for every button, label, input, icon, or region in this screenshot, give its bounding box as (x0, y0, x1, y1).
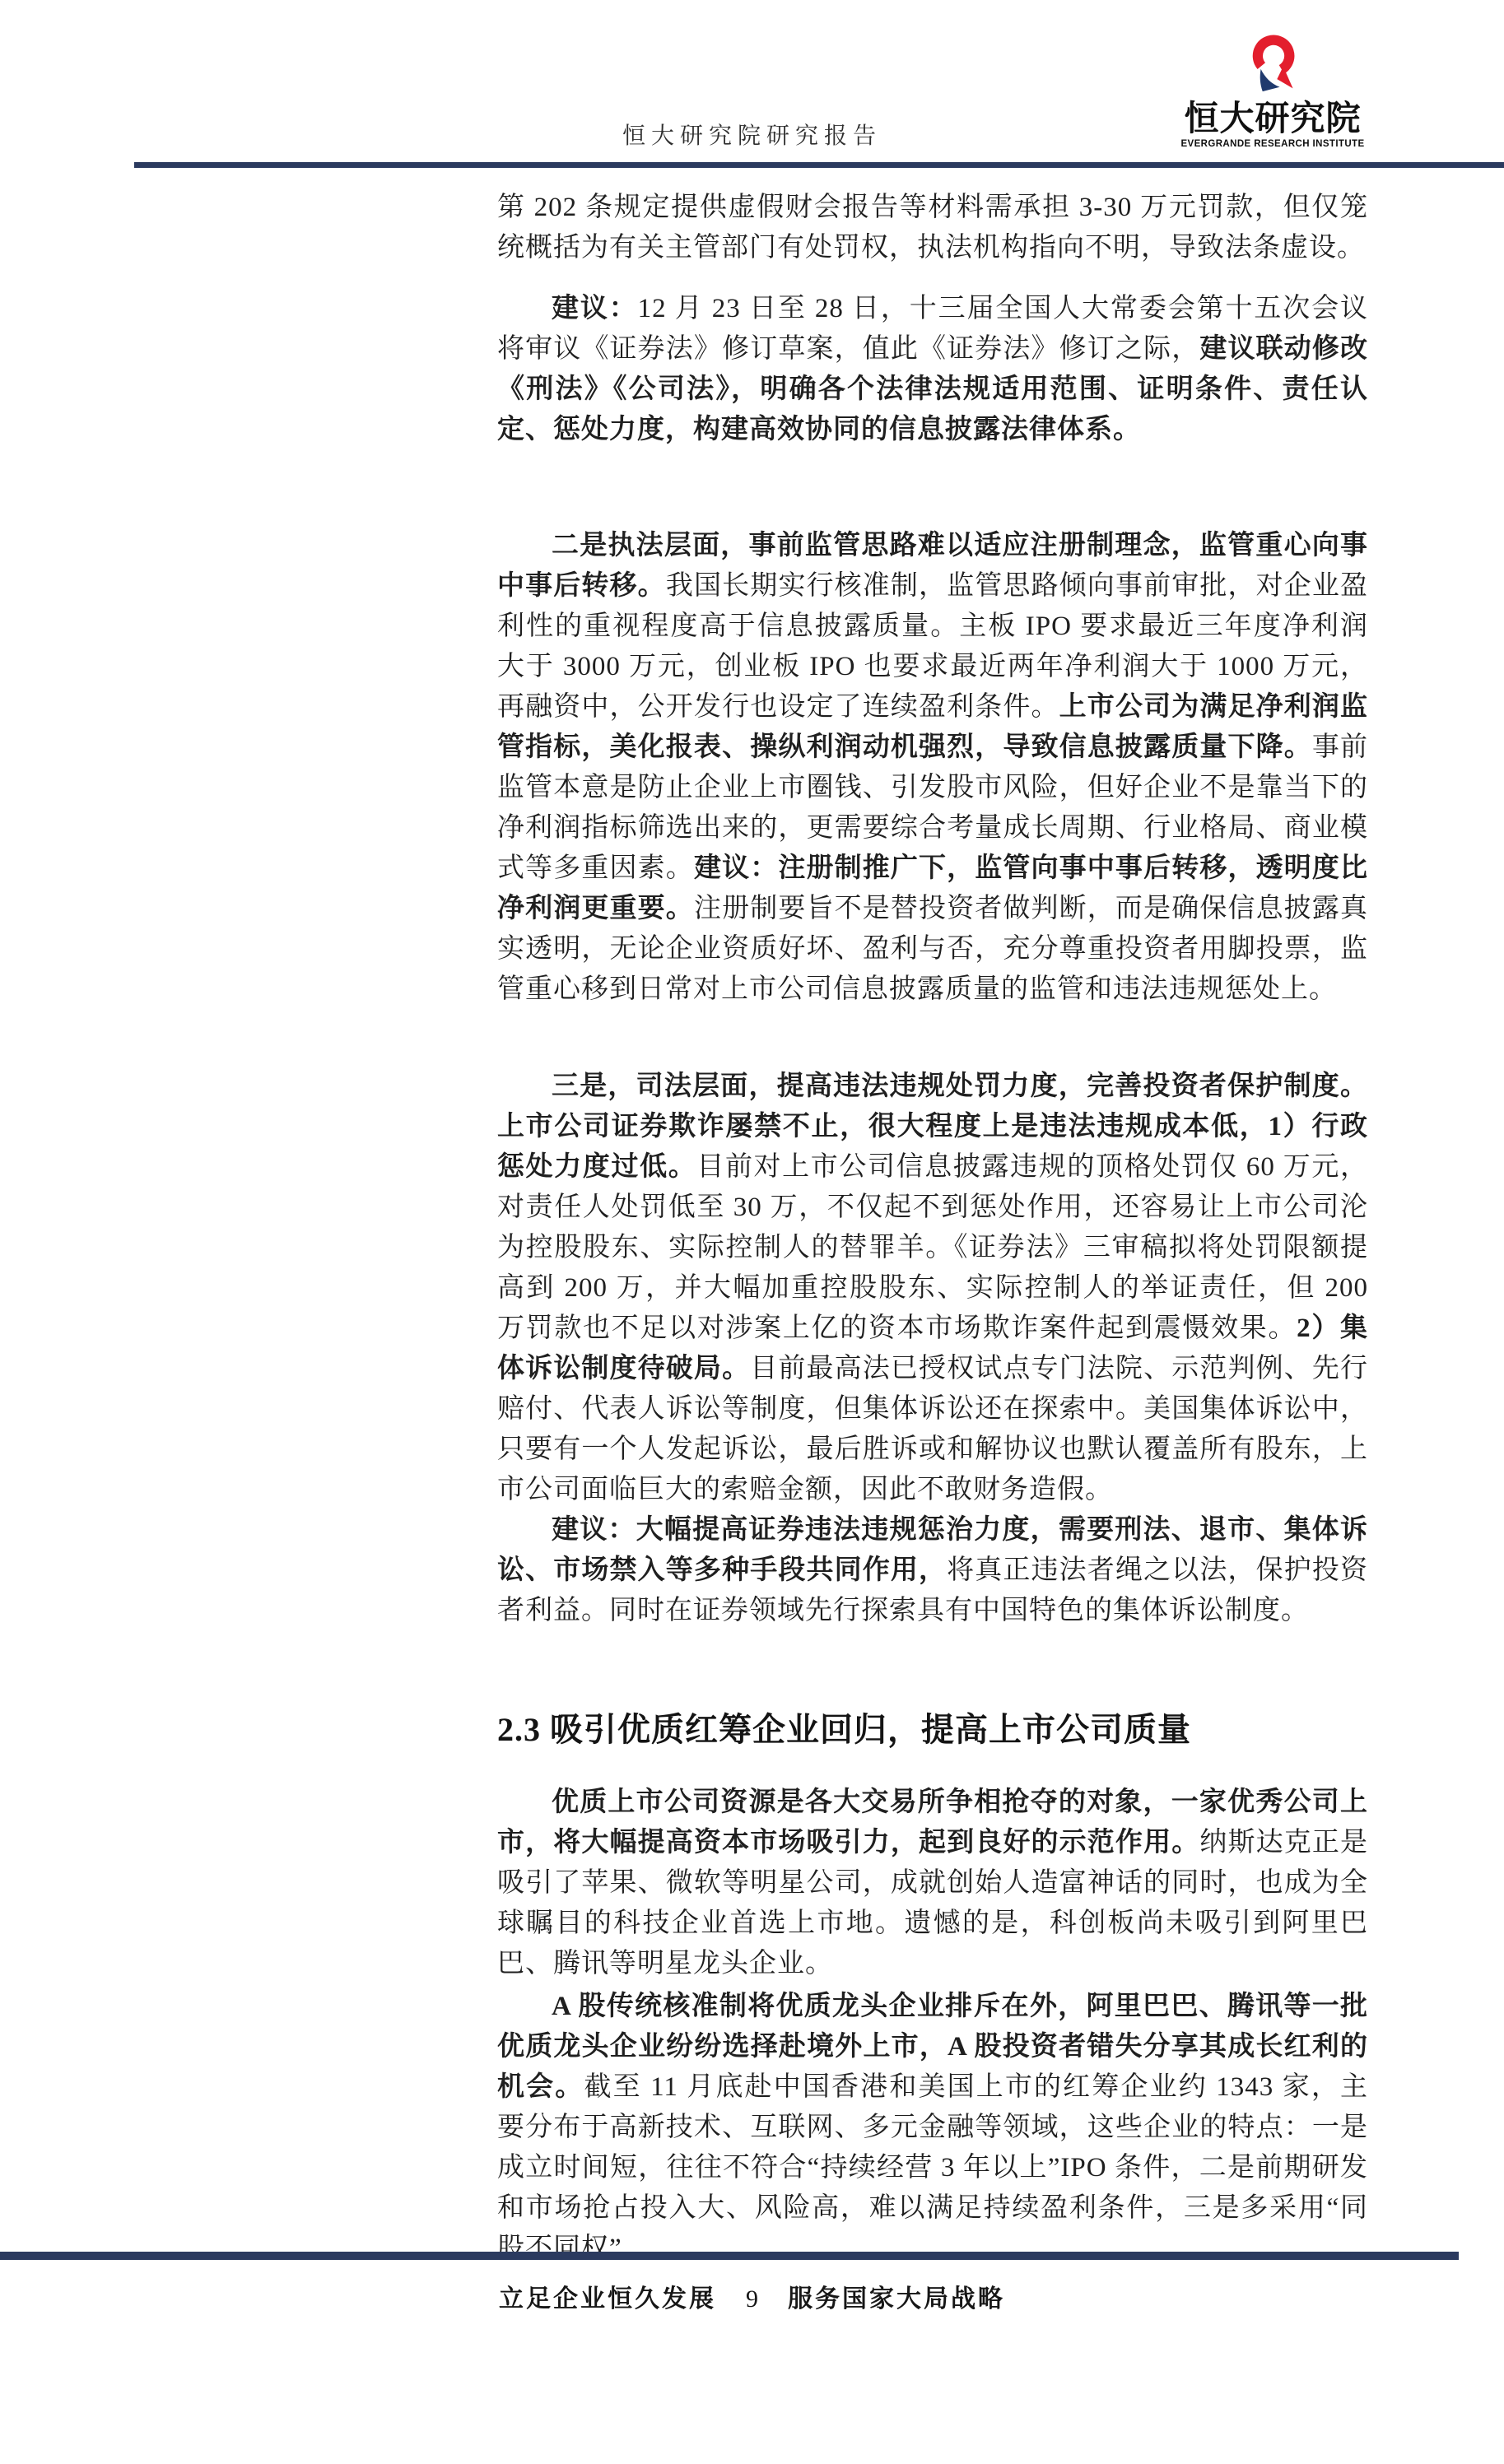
header-rule (134, 162, 1504, 168)
page-number: 9 (746, 2285, 758, 2313)
paragraph-quality-listed-companies: 优质上市公司资源是各大交易所争相抢夺的对象，一家优秀公司上市，将大幅提高资本市场… (497, 1783, 1368, 1984)
footer-rule (0, 2252, 1459, 2260)
paragraph-second-enforcement-level: 二是执法层面，事前监管思路难以适应注册制理念，监管重心向事中事后转移。我国长期实… (497, 526, 1368, 1010)
paragraph-suggestion-securities-law: 建议：12 月 23 日至 28 日，十三届全国人大常委会第十五次会议将审议《证… (497, 289, 1368, 450)
page-footer: 立足企业恒久发展9服务国家大局战略 (0, 2278, 1504, 2314)
evergrande-logo: 恒大研究院 EVERGRANDE RESEARCH INSTITUTE (1180, 31, 1365, 149)
paragraph-third-judicial-level: 三是，司法层面，提高违法违规处罚力度，完善投资者保护制度。上市公司证券欺诈屡禁不… (497, 1067, 1368, 1510)
evergrande-emblem-icon (1246, 31, 1299, 97)
paragraph-a-share-approval-system: A 股传统核准制将优质龙头企业排斥在外，阿里巴巴、腾讯等一批优质龙头企业纷纷选择… (497, 1987, 1368, 2269)
logo-name-cn: 恒大研究院 (1180, 100, 1365, 137)
paragraph-suggestion-punishment: 建议：大幅提高证券违法违规惩治力度，需要刑法、退市、集体诉讼、市场禁入等多种手段… (497, 1510, 1368, 1631)
paragraph-article-202-fines: 第 202 条规定提供虚假财会报告等材料需承担 3-30 万元罚款，但仅笼统概括… (497, 188, 1368, 268)
footer-slogan-left: 立足企业恒久发展 (499, 2285, 716, 2313)
logo-name-en: EVERGRANDE RESEARCH INSTITUTE (1180, 139, 1365, 149)
footer-slogan-right: 服务国家大局战略 (788, 2285, 1005, 2313)
section-heading-2-3: 2.3 吸引优质红筹企业回归，提高上市公司质量 (497, 1704, 1191, 1750)
report-page: 恒大研究院研究报告 恒大研究院 EVERGRANDE RESEARCH INST… (0, 0, 1504, 2464)
